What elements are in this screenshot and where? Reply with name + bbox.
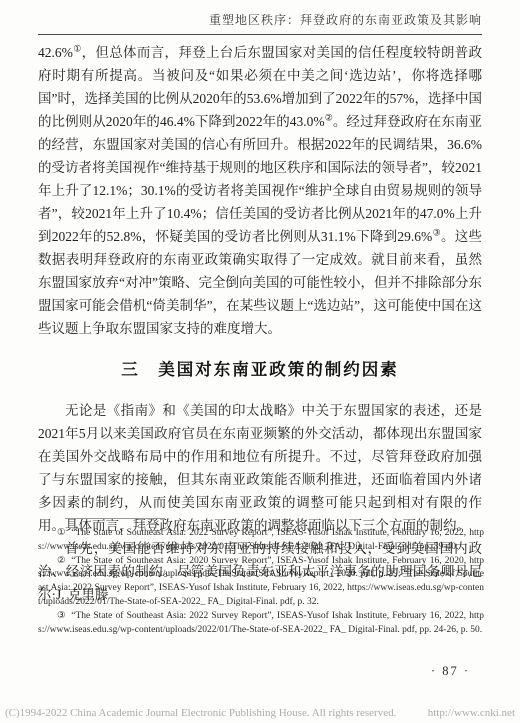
footnote-3-text: “The State of Southeast Asia: 2022 Surve… — [38, 611, 484, 635]
copyright-notice: (C)1994-2022 China Academic Journal Elec… — [5, 707, 396, 719]
section-heading-constraints: 三 美国对东南亚政策的制约因素 — [38, 359, 482, 382]
footnote-2: ②“The State of Southeast Asia: 2020 Surv… — [38, 555, 484, 610]
footnote-ref-3: ③ — [432, 228, 441, 238]
footnote-2-text: “The State of Southeast Asia: 2020 Surve… — [38, 556, 484, 607]
page-number: · 87 · — [431, 664, 470, 679]
paragraph-survey-results: 42.6%①，但总体而言，拜登上台后东盟国家对美国的信任程度较特朗普政府时期有所… — [38, 41, 482, 340]
running-head-title: 重塑地区秩序：拜登政府的东南亚政策及其影响 — [38, 8, 482, 35]
text-run: 。经过拜登政府在东南亚的经营，东盟国家对美国的信心有所回升。根据2022年的民调… — [38, 114, 482, 244]
text-run: 。这些数据表明拜登政府的东南亚政策确实取得了一定成效。就目前来看，虽然东盟国家放… — [38, 229, 482, 336]
footnote-separator — [65, 518, 165, 519]
footnote-1-marker: ① — [57, 528, 66, 538]
footnote-1: ①“The State of Southeast Asia: 2022 Surv… — [38, 527, 484, 555]
footnote-ref-1: ① — [73, 44, 82, 54]
footnote-1-text: “The State of Southeast Asia: 2022 Surve… — [38, 528, 484, 552]
footnote-area: ①“The State of Southeast Asia: 2022 Surv… — [38, 518, 484, 637]
journal-page: 重塑地区秩序：拜登政府的东南亚政策及其影响 42.6%①，但总体而言，拜登上台后… — [0, 0, 520, 723]
scan-watermark-footer: (C)1994-2022 China Academic Journal Elec… — [0, 707, 520, 719]
cnki-url: http://www.cnki.net — [428, 707, 515, 719]
footnote-ref-2: ② — [325, 113, 333, 123]
paragraph-policy-overview: 无论是《指南》和《美国的印太战略》中关于东盟国家的表述，还是2021年5月以来美… — [38, 399, 482, 537]
footnote-3: ③“The State of Southeast Asia: 2022 Surv… — [38, 610, 484, 638]
footnote-3-marker: ③ — [57, 611, 66, 621]
footnote-2-marker: ② — [57, 556, 66, 566]
text-run: 42.6% — [38, 45, 73, 60]
